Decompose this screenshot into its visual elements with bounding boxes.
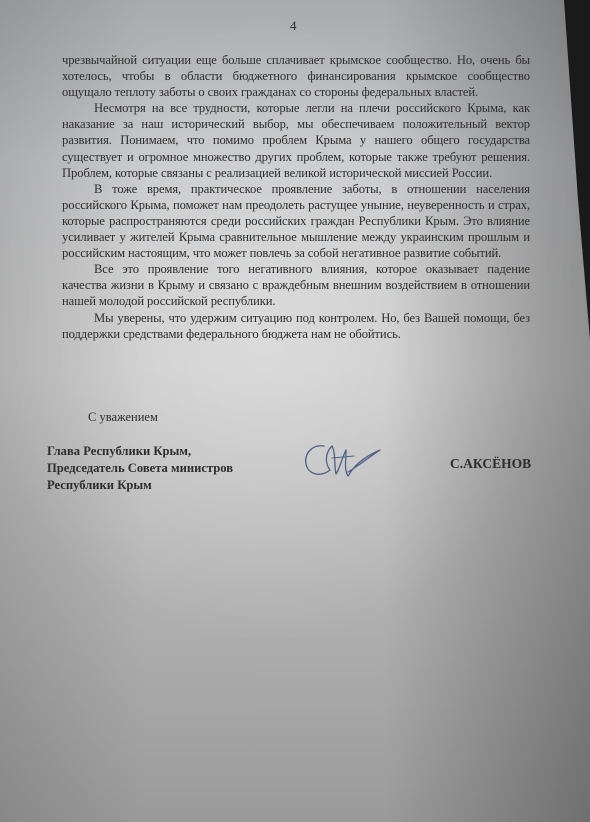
page-number: 4: [290, 18, 297, 34]
signatory-title-line-1: Глава Республики Крым,: [47, 443, 233, 460]
letter-body: чрезвычайной ситуации еще больше сплачив…: [62, 52, 530, 342]
signatory-title-line-2: Председатель Совета министров: [47, 460, 233, 477]
signatory-title: Глава Республики Крым, Председатель Сове…: [47, 443, 233, 494]
signer-name: С.АКСЁНОВ: [450, 456, 531, 472]
paragraph-1: чрезвычайной ситуации еще больше сплачив…: [62, 52, 530, 100]
paragraph-4: Все это проявление того негативного влия…: [62, 261, 530, 309]
signatory-title-line-3: Республики Крым: [47, 477, 233, 494]
paragraph-2: Несмотря на все трудности, которые легли…: [62, 100, 530, 180]
document-page: 4 чрезвычайной ситуации еще больше сплач…: [0, 0, 590, 822]
handwritten-signature-icon: [302, 432, 402, 482]
paragraph-3: В тоже время, практическое проявление за…: [62, 181, 530, 261]
closing-salutation: С уважением: [88, 410, 158, 425]
paragraph-5: Мы уверены, что удержим ситуацию под кон…: [62, 310, 530, 342]
